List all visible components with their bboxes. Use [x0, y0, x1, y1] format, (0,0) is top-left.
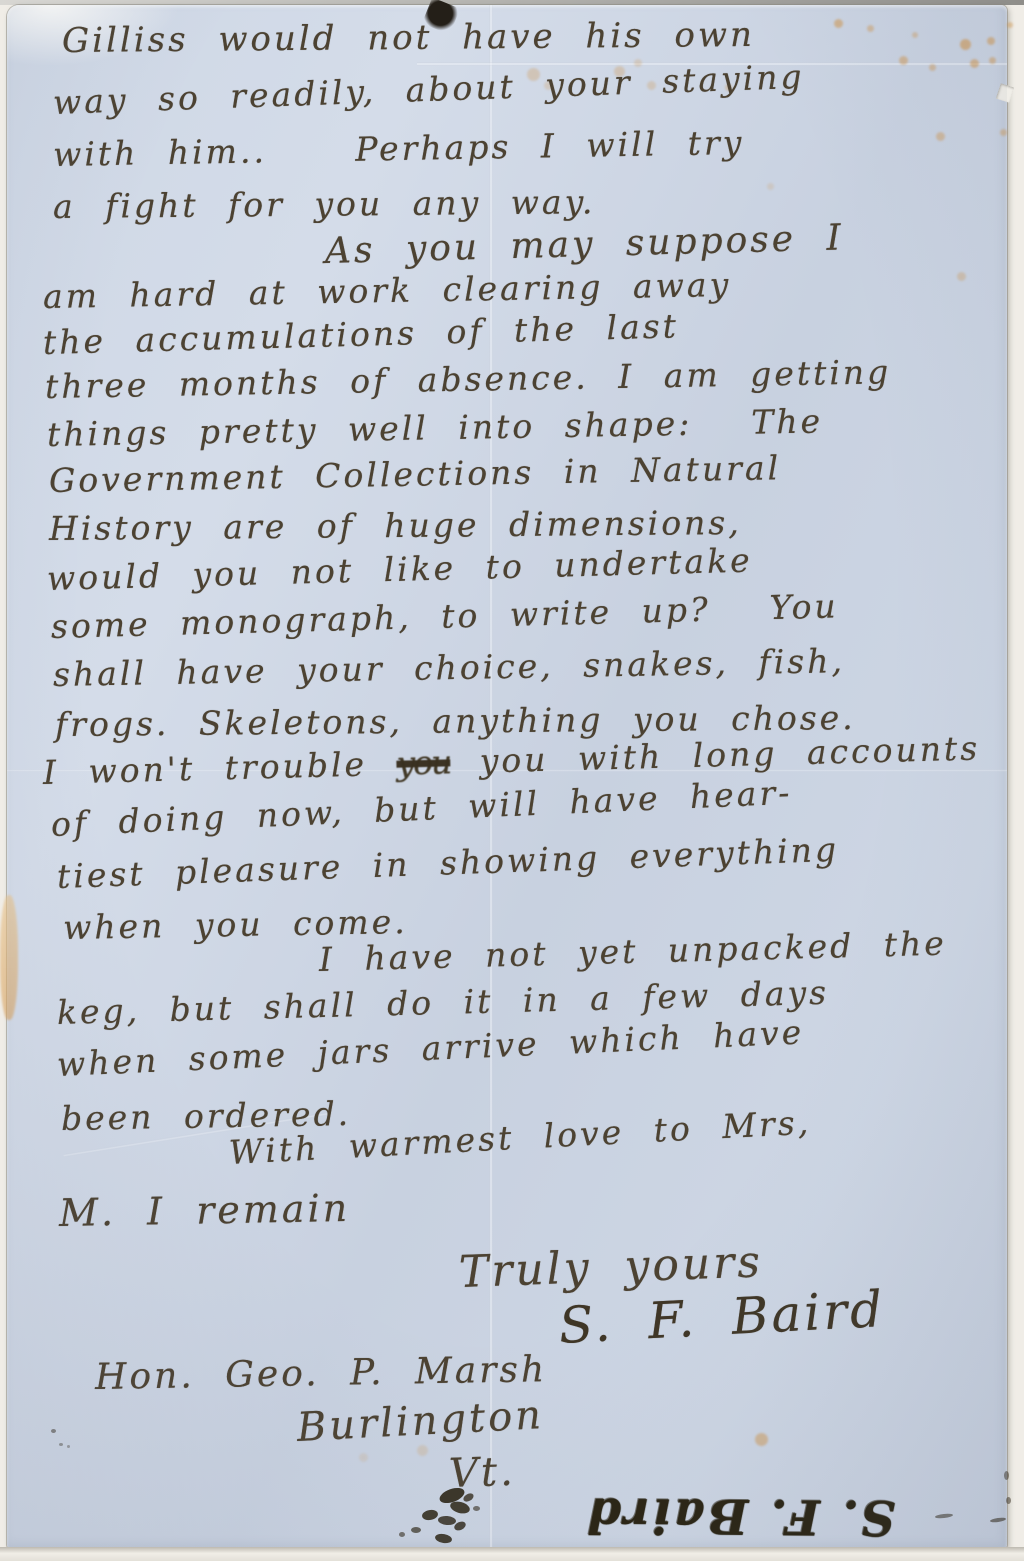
- ink-blot: [438, 1515, 457, 1526]
- ink-blot: [449, 1500, 471, 1516]
- ink-blot: [1004, 1471, 1009, 1480]
- ink-blot: [421, 1509, 438, 1522]
- scanned-letter-page: Gilliss would not have his ownway so rea…: [0, 0, 1024, 1561]
- ink-blot: [1006, 1497, 1011, 1504]
- inverted-signature: S. F. Baird: [555, 1479, 926, 1552]
- ink-blot: [411, 1527, 421, 1533]
- ink-blot: [67, 1445, 70, 1448]
- ink-blot: [59, 1443, 63, 1446]
- ink-blot: [399, 1532, 405, 1537]
- blot-layer: [7, 5, 1007, 1548]
- ink-blot: [473, 1506, 480, 1511]
- letter-paper: Gilliss would not have his ownway so rea…: [7, 5, 1007, 1548]
- foxing-spot: [1007, 22, 1013, 28]
- ink-blot: [990, 1517, 1006, 1523]
- scanner-edge-bottom: [0, 1547, 1024, 1561]
- ink-blot: [51, 1429, 56, 1433]
- ink-blot: [935, 1513, 953, 1519]
- ink-blot: [434, 1533, 452, 1545]
